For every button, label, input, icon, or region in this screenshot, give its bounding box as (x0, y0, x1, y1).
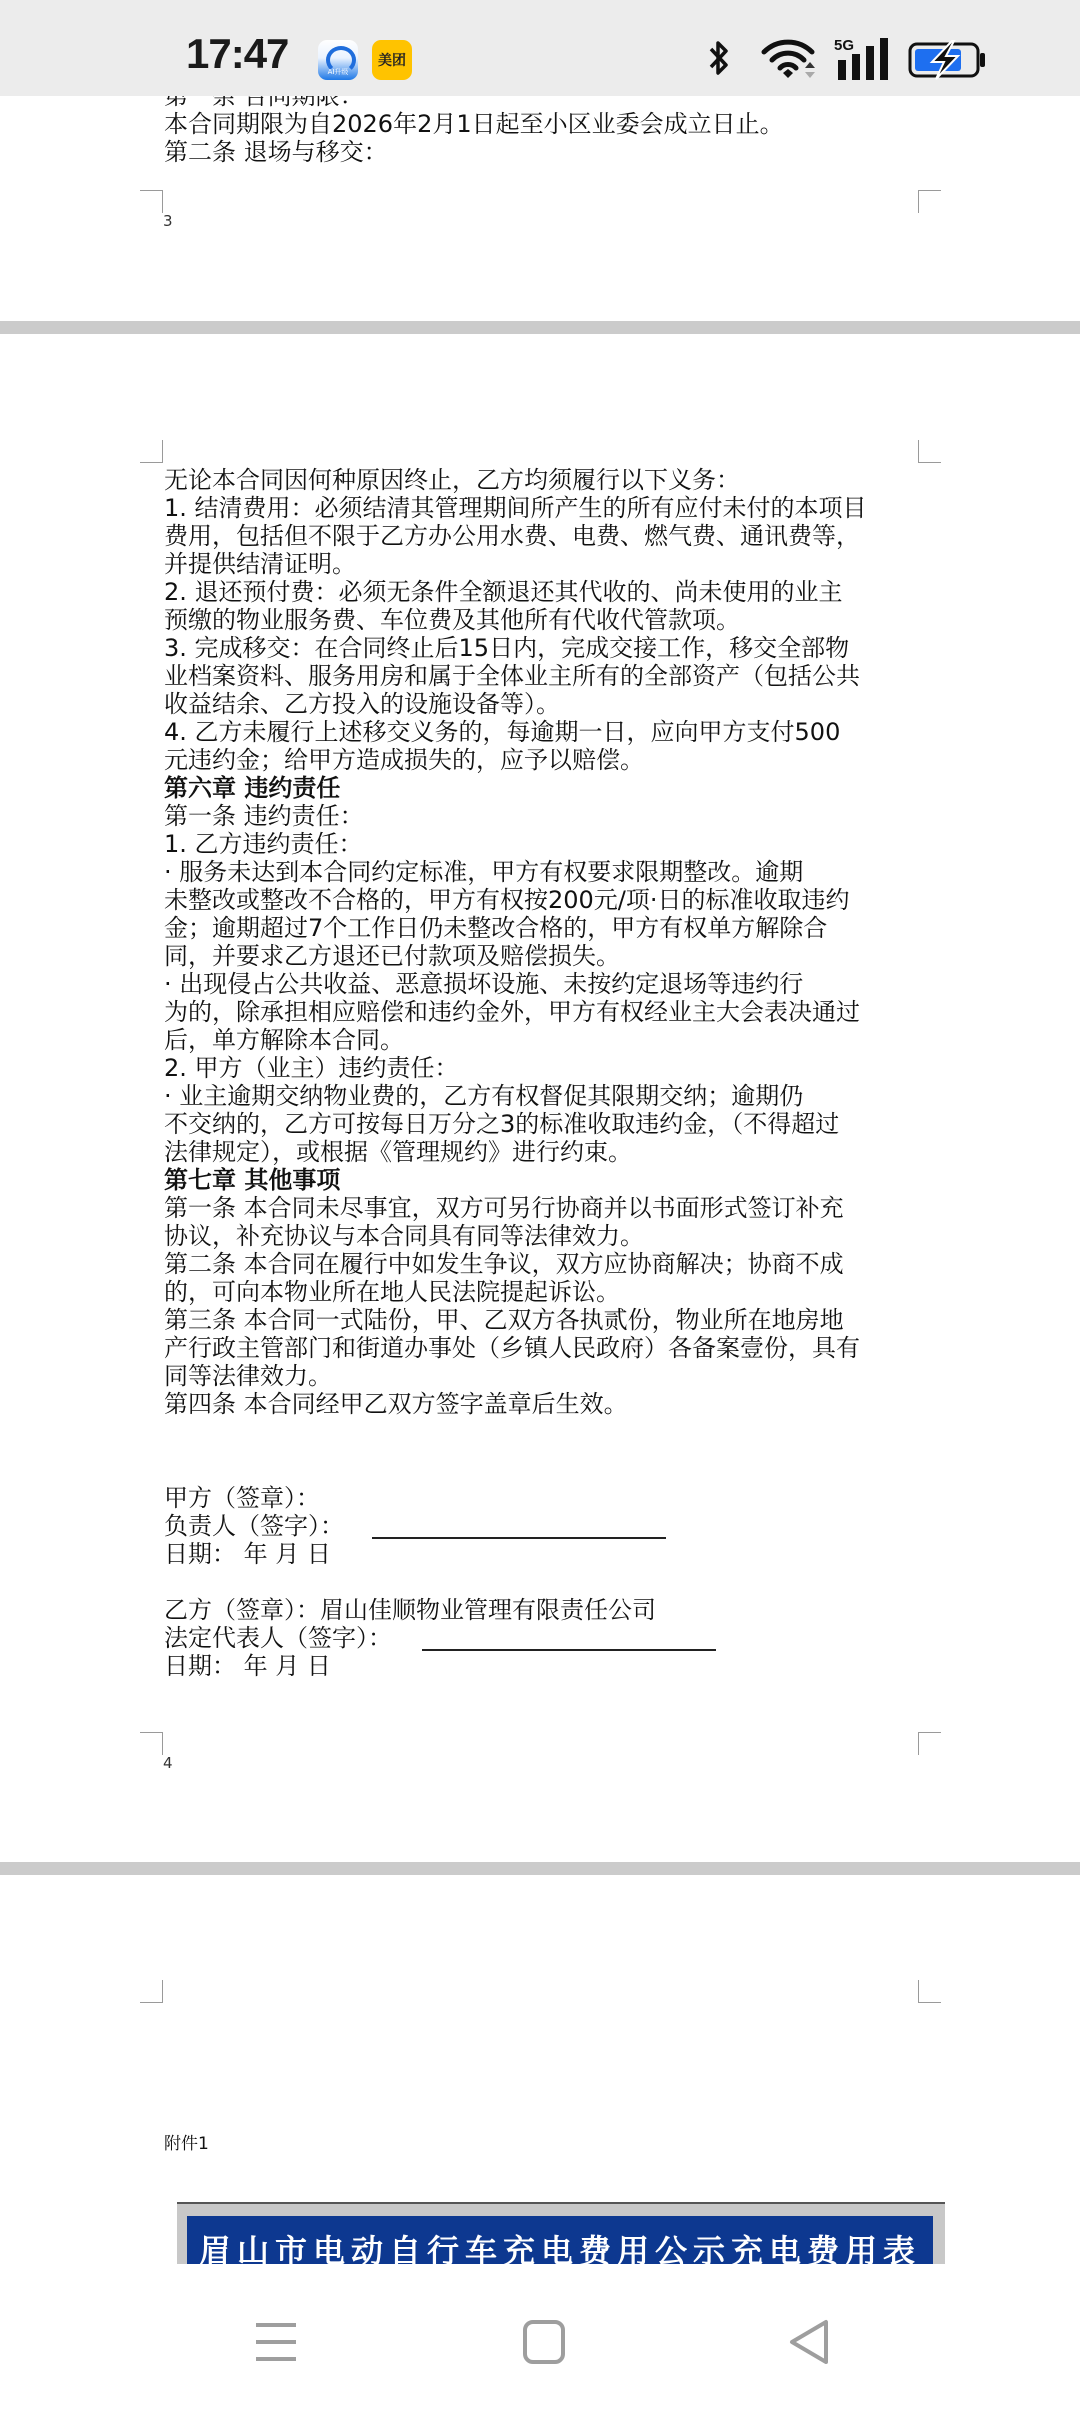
recents-menu-icon[interactable] (240, 2304, 310, 2374)
chapter-heading: 第六章 违约责任 (164, 774, 340, 802)
fee-table-image: 眉山市电动自行车充电费用公示充电费用表 (177, 2202, 945, 2266)
ai-assistant-notification-icon: AI升级 (318, 40, 358, 80)
attachment-label: 附件1 (164, 2134, 209, 2154)
paragraph: 同，并要求乙方退还已付款项及赔偿损失。 (164, 942, 620, 970)
paragraph: 第四条 本合同经甲乙双方签字盖章后生效。 (164, 1390, 628, 1418)
paragraph: 并提供结清证明。 (164, 550, 356, 578)
paragraph: 收益结余、乙方投入的设施设备等）。 (164, 690, 560, 718)
paragraph: 无论本合同因何种原因终止，乙方均须履行以下义务： (164, 466, 740, 494)
paragraph: 金；逾期超过7个工作日仍未整改合格的，甲方有权单方解除合 (164, 914, 827, 942)
paragraph: 3. 完成移交：在合同终止后15日内，完成交接工作，移交全部物 (164, 634, 849, 662)
svg-text:5G: 5G (834, 37, 854, 54)
page-separator (0, 1862, 1080, 1875)
paragraph: 1. 乙方违约责任： (164, 830, 363, 858)
paragraph: 2. 甲方（业主）违约责任： (164, 1054, 459, 1082)
party-a-seal-label: 甲方（签章）： (164, 1484, 320, 1512)
paragraph: 同等法律效力。 (164, 1362, 332, 1390)
party-b-seal-label: 乙方（签章）：眉山佳顺物业管理有限责任公司 (164, 1596, 656, 1624)
paragraph: 第一条 本合同未尽事宜，双方可另行协商并以书面形式签订补充 (164, 1194, 844, 1222)
paragraph: 4. 乙方未履行上述移交义务的，每逾期一日，应向甲方支付500 (164, 718, 840, 746)
fee-table-title-bar: 眉山市电动自行车充电费用公示充电费用表 (187, 2216, 933, 2266)
clause-heading: 第二条 退场与移交： (164, 138, 388, 166)
paragraph: 业档案资料、服务用房和属于全体业主所有的全部资产（包括公共 (164, 662, 860, 690)
clock: 17:47 (186, 30, 288, 78)
paragraph: 费用，包括但不限于乙方办公用水费、电费、燃气费、通讯费等， (164, 522, 860, 550)
party-a-signer-label: 负责人（签字）： (164, 1512, 344, 1540)
page-separator (0, 321, 1080, 334)
back-triangle-icon[interactable] (774, 2304, 844, 2374)
paragraph: 第三条 本合同一式陆份，甲、乙双方各执贰份，物业所在地房地 (164, 1306, 844, 1334)
cellular-signal-icon: 5G (832, 34, 894, 82)
party-a-date-label: 日期： 年 月 日 (164, 1540, 331, 1568)
page-number: 4 (163, 1754, 173, 1772)
page-corner-mark (918, 1732, 941, 1755)
page-corner-mark (140, 190, 163, 213)
fee-table-title: 眉山市电动自行车充电费用公示充电费用表 (187, 2226, 933, 2266)
paragraph: 未整改或整改不合格的，甲方有权按200元/项·日的标准收取违约 (164, 886, 850, 914)
party-b-signer-label: 法定代表人（签字）： (164, 1624, 392, 1652)
paragraph: 产行政主管部门和街道办事处（乡镇人民政府）各备案壹份，具有 (164, 1334, 860, 1362)
paragraph: 不交纳的，乙方可按每日万分之3的标准收取违约金，（不得超过 (164, 1110, 839, 1138)
paragraph: 第二条 本合同在履行中如发生争议，双方应协商解决；协商不成 (164, 1250, 844, 1278)
paragraph: · 出现侵占公共收益、恶意损坏设施、未按约定退场等违约行 (164, 970, 803, 998)
meituan-notification-icon: 美团 (372, 40, 412, 80)
page-corner-mark (140, 440, 163, 463)
page-corner-mark (140, 1980, 163, 2003)
party-b-signature-line (422, 1649, 716, 1651)
paragraph: 后，单方解除本合同。 (164, 1026, 404, 1054)
party-a-signature-line (372, 1537, 666, 1539)
bluetooth-icon (708, 38, 730, 78)
page-corner-mark (140, 1732, 163, 1755)
paragraph: · 业主逾期交纳物业费的，乙方有权督促其限期交纳；逾期仍 (164, 1082, 803, 1110)
paragraph: · 服务未达到本合同约定标准，甲方有权要求限期整改。逾期 (164, 858, 803, 886)
navigation-bar (0, 2264, 1080, 2412)
paragraph: 2. 退还预付费：必须无条件全额退还其代收的、尚未使用的业主 (164, 578, 843, 606)
home-square-icon[interactable] (508, 2304, 578, 2374)
paragraph: 第一条 违约责任： (164, 802, 364, 830)
paragraph: 法律规定），或根据《管理规约》进行约束。 (164, 1138, 632, 1166)
paragraph: 预缴的物业服务费、车位费及其他所有代收代管款项。 (164, 606, 740, 634)
contract-term-text: 本合同期限为自2026年2月1日起至小区业委会成立日止。 (164, 110, 784, 138)
status-bar: 17:47 AI升级 美团 5G (0, 0, 1080, 96)
paragraph: 协议，补充协议与本合同具有同等法律效力。 (164, 1222, 644, 1250)
paragraph: 1. 结清费用：必须结清其管理期间所产生的所有应付未付的本项目 (164, 494, 867, 522)
page-number: 3 (163, 212, 173, 230)
page-corner-mark (918, 190, 941, 213)
page-corner-mark (918, 1980, 941, 2003)
page-corner-mark (918, 440, 941, 463)
battery-charging-icon (908, 40, 990, 80)
party-b-date-label: 日期： 年 月 日 (164, 1652, 331, 1680)
paragraph: 为的，除承担相应赔偿和违约金外，甲方有权经业主大会表决通过 (164, 998, 860, 1026)
paragraph: 的，可向本物业所在地人民法院提起诉讼。 (164, 1278, 620, 1306)
wifi-icon (760, 38, 820, 80)
paragraph: 元违约金；给甲方造成损失的，应予以赔偿。 (164, 746, 644, 774)
chapter-heading: 第七章 其他事项 (164, 1166, 340, 1194)
